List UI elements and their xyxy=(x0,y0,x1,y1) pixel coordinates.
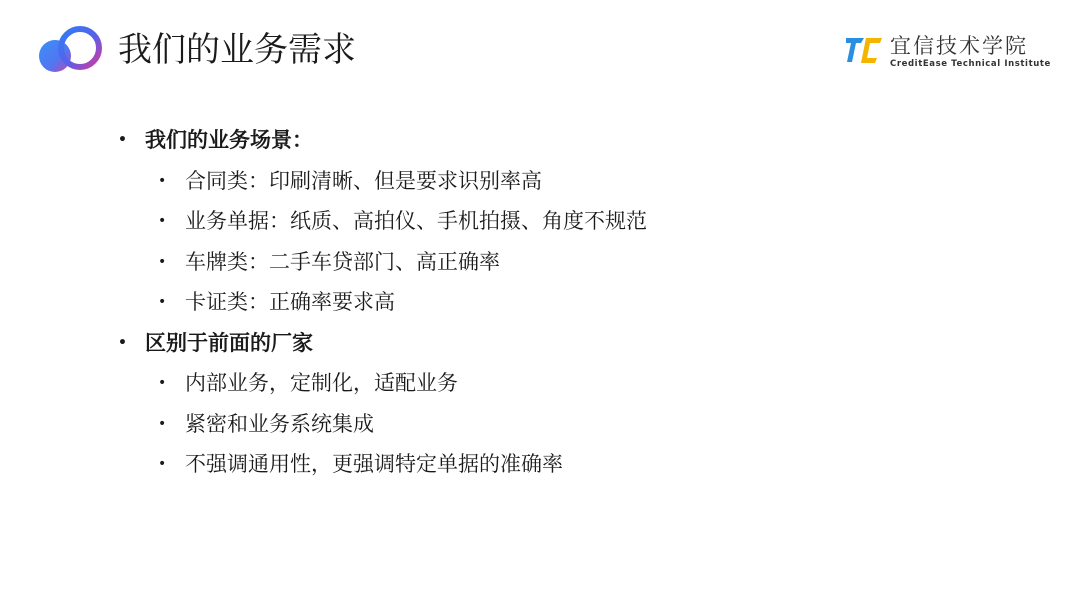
list-item: • 不强调通用性，更强调特定单据的准确率 xyxy=(118,444,647,485)
list-item: • 合同类：印刷清晰、但是要求识别率高 xyxy=(118,161,647,202)
list-item: • 紧密和业务系统集成 xyxy=(118,404,647,445)
list-item: • 内部业务，定制化，适配业务 xyxy=(118,363,647,404)
list-item: • 车牌类：二手车贷部门、高正确率 xyxy=(118,242,647,283)
bullet-icon: • xyxy=(158,161,166,202)
section-heading: • 我们的业务场景： xyxy=(118,120,647,161)
brand-name-en: CreditEase Technical Institute xyxy=(890,58,1051,70)
bullet-icon: • xyxy=(118,323,127,364)
bullet-icon: • xyxy=(158,201,166,242)
slide-title: 我们的业务需求 xyxy=(118,26,356,74)
bullet-list: • 我们的业务场景： • 合同类：印刷清晰、但是要求识别率高 • 业务单据：纸质… xyxy=(118,120,647,485)
bullet-icon: • xyxy=(158,444,166,485)
brand-logo: 宜信技术学院 CreditEase Technical Institute xyxy=(844,34,1051,70)
list-item: • 业务单据：纸质、高拍仪、手机拍摄、角度不规范 xyxy=(118,201,647,242)
list-item: • 卡证类：正确率要求高 xyxy=(118,282,647,323)
bullet-icon: • xyxy=(118,120,127,161)
section-heading: • 区别于前面的厂家 xyxy=(118,323,647,364)
bullet-icon: • xyxy=(158,404,166,445)
bullet-icon: • xyxy=(158,242,166,283)
bullet-icon: • xyxy=(158,363,166,404)
tc-logo-icon xyxy=(844,34,884,70)
brand-name-cn: 宜信技术学院 xyxy=(890,34,1051,58)
bullet-icon: • xyxy=(158,282,166,323)
overlapping-circles-logo-icon xyxy=(38,24,106,76)
